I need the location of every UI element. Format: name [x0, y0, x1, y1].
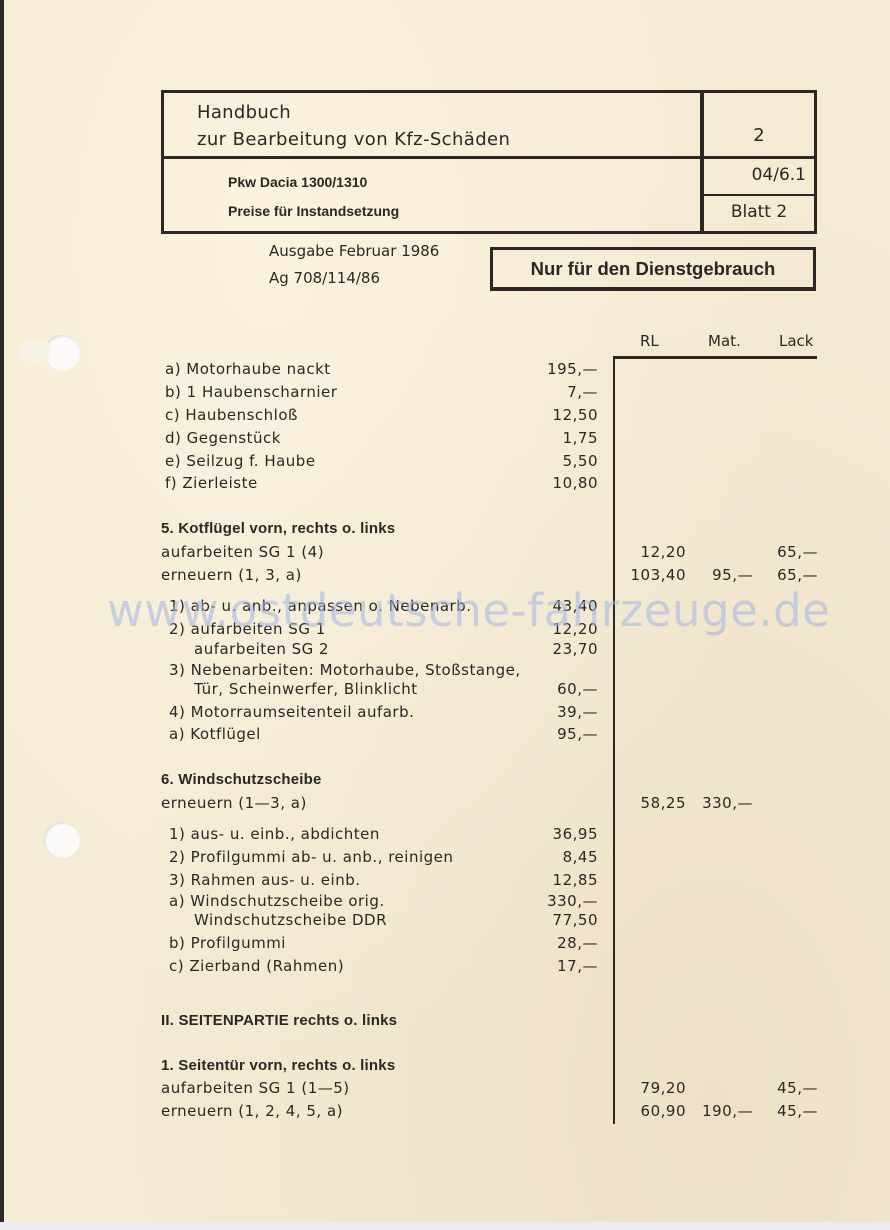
row-rl: 60,90: [641, 1102, 686, 1120]
classification-stamp: Nur für den Dienstgebrauch: [490, 247, 816, 291]
table-row: a) Kotflügel 95,—: [4, 725, 890, 747]
row-price: 12,50: [553, 406, 598, 424]
document-page: Handbuch zur Bearbeitung von Kfz-Schäden…: [4, 0, 890, 1222]
section-heading: 1. Seitentür vorn, rechts o. links: [4, 1057, 890, 1079]
table-row: a) Motorhaube nackt 195,—: [4, 360, 890, 382]
table-row: f) Zierleiste 10,80: [4, 474, 890, 496]
row-label: c) Zierband (Rahmen): [169, 957, 344, 975]
row-label: 3) Rahmen aus- u. einb.: [169, 871, 361, 889]
row-label: Windschutzscheibe DDR: [194, 911, 387, 929]
table-row: erneuern (1—3, a) 58,25 330,—: [4, 794, 890, 816]
chapter-number: 2: [704, 125, 814, 146]
table-row: b) Profilgummi 28,—: [4, 934, 890, 956]
row-label: erneuern (1—3, a): [161, 794, 307, 812]
section-title: 5. Kotflügel vorn, rechts o. links: [161, 520, 395, 537]
column-header-rule: [613, 356, 817, 359]
table-row: aufarbeiten SG 2 23,70: [4, 640, 890, 662]
row-rl: 12,20: [641, 543, 686, 561]
table-row: c) Haubenschloß 12,50: [4, 406, 890, 428]
row-label: a) Windschutzscheibe orig.: [169, 892, 385, 910]
row-price: 195,—: [547, 360, 598, 378]
handbook-title: Handbuch: [197, 102, 291, 123]
section-code: 04/6.1: [704, 165, 806, 185]
sheet-number: Blatt 2: [704, 202, 814, 222]
row-label: f) Zierleiste: [165, 474, 258, 492]
row-price: 5,50: [563, 452, 598, 470]
row-label: Tür, Scheinwerfer, Blinklicht: [194, 680, 418, 698]
row-lack: 45,—: [777, 1079, 818, 1097]
reference-number: Ag 708/114/86: [269, 269, 380, 287]
row-mat: 330,—: [702, 794, 753, 812]
row-lack: 45,—: [777, 1102, 818, 1120]
row-price: 28,—: [557, 934, 598, 952]
table-row: aufarbeiten SG 1 (1—5) 79,20 45,—: [4, 1079, 890, 1101]
table-row: 4) Motorraumseitenteil aufarb. 39,—: [4, 703, 890, 725]
row-price: 60,—: [557, 680, 598, 698]
table-row: c) Zierband (Rahmen) 17,—: [4, 957, 890, 979]
row-label: erneuern (1, 3, a): [161, 566, 302, 584]
section-heading: 5. Kotflügel vorn, rechts o. links: [4, 520, 890, 542]
table-row: d) Gegenstück 1,75: [4, 429, 890, 451]
row-price: 12,85: [553, 871, 598, 889]
row-label: aufarbeiten SG 1 (4): [161, 543, 324, 561]
row-price: 17,—: [557, 957, 598, 975]
row-label: 2) Profilgummi ab- u. anb., reinigen: [169, 848, 453, 866]
row-price: 7,—: [567, 383, 598, 401]
row-label: 3) Nebenarbeiten: Motorhaube, Stoßstange…: [169, 661, 521, 679]
section-heading: II. SEITENPARTIE rechts o. links: [4, 1012, 890, 1034]
handbook-subtitle: zur Bearbeitung von Kfz-Schäden: [197, 129, 510, 150]
chapter-title: II. SEITENPARTIE rechts o. links: [161, 1012, 397, 1029]
row-label: e) Seilzug f. Haube: [165, 452, 316, 470]
table-row: Windschutzscheibe DDR 77,50: [4, 911, 890, 933]
row-price: 39,—: [557, 703, 598, 721]
row-lack: 65,—: [777, 566, 818, 584]
edition-date: Ausgabe Februar 1986: [269, 242, 439, 260]
row-label: a) Kotflügel: [169, 725, 261, 743]
row-label: c) Haubenschloß: [165, 406, 298, 424]
background-strip: [0, 1222, 890, 1230]
header-divider-right-1: [704, 156, 814, 159]
row-label: aufarbeiten SG 2: [194, 640, 329, 658]
row-price: 1,75: [563, 429, 598, 447]
row-label: aufarbeiten SG 1 (1—5): [161, 1079, 350, 1097]
row-mat: 95,—: [712, 566, 753, 584]
header-divider-left: [164, 156, 700, 159]
row-label: b) Profilgummi: [169, 934, 286, 952]
row-label: b) 1 Haubenscharnier: [165, 383, 337, 401]
header-box: Handbuch zur Bearbeitung von Kfz-Schäden…: [161, 90, 817, 234]
section-title: 6. Windschutzscheibe: [161, 771, 322, 788]
section-heading: 6. Windschutzscheibe: [4, 771, 890, 793]
row-label: 4) Motorraumseitenteil aufarb.: [169, 703, 414, 721]
watermark: www.ostdeutsche-fahrzeuge.de: [107, 584, 830, 637]
row-label: a) Motorhaube nackt: [165, 360, 331, 378]
row-price: 10,80: [553, 474, 598, 492]
table-row: e) Seilzug f. Haube 5,50: [4, 452, 890, 474]
row-label: erneuern (1, 2, 4, 5, a): [161, 1102, 343, 1120]
column-header-mat: Mat.: [708, 332, 741, 350]
document-subject: Preise für Instandsetzung: [228, 203, 399, 219]
table-row: b) 1 Haubenscharnier 7,—: [4, 383, 890, 405]
row-price: 77,50: [553, 911, 598, 929]
row-rl: 79,20: [641, 1079, 686, 1097]
vehicle-model: Pkw Dacia 1300/1310: [228, 174, 367, 190]
table-row: Tür, Scheinwerfer, Blinklicht 60,—: [4, 680, 890, 702]
row-price: 36,95: [553, 825, 598, 843]
table-row: aufarbeiten SG 1 (4) 12,20 65,—: [4, 543, 890, 565]
table-row: 2) Profilgummi ab- u. anb., reinigen 8,4…: [4, 848, 890, 870]
table-row: 1) aus- u. einb., abdichten 36,95: [4, 825, 890, 847]
row-lack: 65,—: [777, 543, 818, 561]
header-divider-right-2: [704, 194, 814, 196]
row-mat: 190,—: [702, 1102, 753, 1120]
row-label: d) Gegenstück: [165, 429, 281, 447]
row-rl: 103,40: [631, 566, 687, 584]
row-rl: 58,25: [641, 794, 686, 812]
table-row: 3) Rahmen aus- u. einb. 12,85: [4, 871, 890, 893]
row-price: 8,45: [563, 848, 598, 866]
row-price: 23,70: [553, 640, 598, 658]
section-title: 1. Seitentür vorn, rechts o. links: [161, 1057, 395, 1074]
row-label: 1) aus- u. einb., abdichten: [169, 825, 380, 843]
row-price: 95,—: [557, 725, 598, 743]
table-row: erneuern (1, 2, 4, 5, a) 60,90 190,— 45,…: [4, 1102, 890, 1124]
column-header-rl: RL: [640, 332, 659, 350]
column-header-lack: Lack: [779, 332, 813, 350]
row-price: 330,—: [547, 892, 598, 910]
